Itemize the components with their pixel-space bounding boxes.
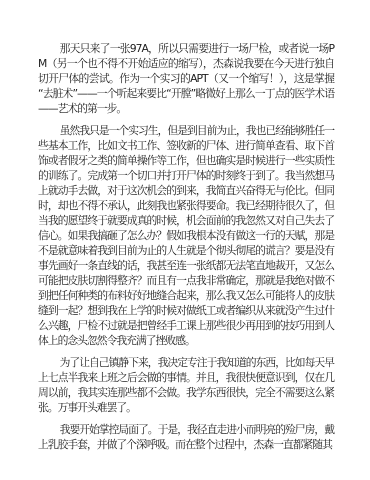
text-content: 那天只来了一张97A，所以只需要进行一场尸检，或者说一场PM（另一个也不得不开始… [38,41,334,452]
paragraph-3: 为了让自己镇静下来，我决定专注于我知道的东西，比如每天早上七点半我来上班之后会做… [38,355,334,415]
paragraph-2: 虽然我只是一个实习生，但是到目前为止，我也已经能够胜任一些基本工作，比如文书工作… [38,123,334,348]
paragraph-1: 那天只来了一张97A，所以只需要进行一场尸检，或者说一场PM（另一个也不得不开始… [38,41,334,116]
paragraph-4: 我要开始掌控局面了。于是，我径直走进小而明亮的殓尸房，戴上乳胶手套，并做了个深呼… [38,422,334,452]
ebook-page: 那天只来了一张97A，所以只需要进行一场尸检，或者说一场PM（另一个也不得不开始… [0,0,370,480]
